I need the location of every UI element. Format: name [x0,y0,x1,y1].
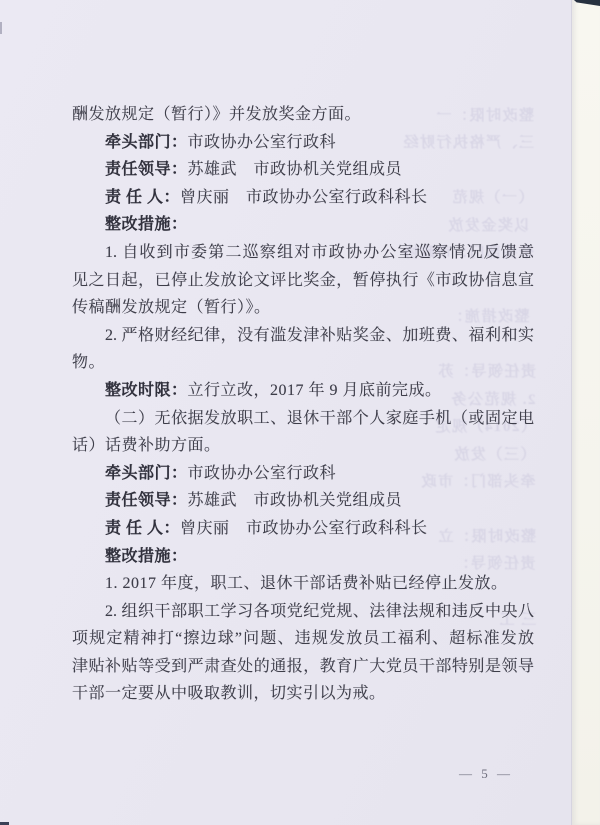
line-text: 津贴补贴等受到严肃查处的通报，教育广大党员干部特别是领导 [72,658,534,675]
line-text: 2. 组织干部职工学习各项党纪党规、法律法规和违反中央八 [105,603,534,620]
field-label: 牵头部门： [105,465,188,482]
field-label: 牵头部门： [105,134,188,151]
line-text: 曾庆丽 市政协办公室行政科科长 [180,189,428,206]
text-line: （二）无依据发放职工、退休干部个人家庭手机（或固定电 [72,405,534,433]
line-text: 干部一定要从中吸取教训，切实引以为戒。 [72,685,386,702]
text-line: 责任领导：苏雄武 市政协机关党组成员 [72,487,534,515]
text-line: 1. 2017 年度，职工、退休干部话费补贴已经停止发放。 [72,570,534,598]
text-line: 1. 自收到市委第二巡察组对市政协办公室巡察情况反馈意 [72,239,534,267]
line-text: 市政协办公室行政科 [188,465,337,482]
line-text: 苏雄武 市政协机关党组成员 [188,492,403,509]
field-label: 责 任 人： [105,189,180,206]
text-line: 责 任 人：曾庆丽 市政协办公室行政科科长 [72,515,534,543]
field-label: 责任领导： [105,161,188,178]
line-text: 2. 严格财经纪律，没有滥发津补贴奖金、加班费、福利和实 [105,327,534,344]
text-line: 传稿酬发放规定（暂行）》。 [72,294,534,322]
text-line: 干部一定要从中吸取教训，切实引以为戒。 [72,680,534,708]
text-line: 2. 严格财经纪律，没有滥发津补贴奖金、加班费、福利和实 [72,322,534,350]
text-line: 责 任 人：曾庆丽 市政协办公室行政科科长 [72,184,534,212]
field-label: 整改措施： [105,548,188,565]
field-label: 整改时限： [105,382,188,399]
line-text: 苏雄武 市政协机关党组成员 [188,161,403,178]
line-text: 1. 自收到市委第二巡察组对市政协办公室巡察情况反馈意 [105,244,534,261]
line-text: 曾庆丽 市政协办公室行政科科长 [180,520,428,537]
text-line: 物。 [72,349,534,377]
line-text: 话）话费补助方面。 [72,437,221,454]
field-label: 责任领导： [105,492,188,509]
text-line: 酬发放规定（暂行）》并发放奖金方面。 [72,101,534,129]
field-label: 整改措施： [105,216,188,233]
text-line: 整改措施： [72,543,534,571]
text-line: 牵头部门：市政协办公室行政科 [72,129,534,157]
line-text: 立行立改，2017 年 9 月底前完成。 [188,382,442,399]
page-number: — 5 — [459,766,513,782]
line-text: 传稿酬发放规定（暂行）》。 [72,299,271,316]
line-text: （二）无依据发放职工、退休干部个人家庭手机（或固定电 [105,410,534,427]
line-text: 见之日起，已停止发放论文评比奖金，暂停执行《市政协信息宣 [72,272,534,289]
document-body: 酬发放规定（暂行）》并发放奖金方面。 牵头部门：市政协办公室行政科 责任领导：苏… [72,101,534,708]
line-text: 酬发放规定（暂行）》并发放奖金方面。 [72,106,361,123]
text-line: 话）话费补助方面。 [72,432,534,460]
text-line: 整改时限：立行立改，2017 年 9 月底前完成。 [72,377,534,405]
text-line: 牵头部门：市政协办公室行政科 [72,460,534,488]
text-line: 见之日起，已停止发放论文评比奖金，暂停执行《市政协信息宣 [72,267,534,295]
line-text: 项规定精神打“擦边球”问题、违规发放员工福利、超标准发放 [72,630,534,647]
line-text: 市政协办公室行政科 [188,134,337,151]
line-text: 物。 [72,354,105,371]
field-label: 责 任 人： [105,520,180,537]
text-line: 2. 组织干部职工学习各项党纪党规、法律法规和违反中央八 [72,598,534,626]
scan-edge-mark [0,22,2,34]
text-line: 整改措施： [72,211,534,239]
text-line: 津贴补贴等受到严肃查处的通报，教育广大党员干部特别是领导 [72,653,534,681]
line-text: 1. 2017 年度，职工、退休干部话费补贴已经停止发放。 [105,575,508,592]
text-line: 项规定精神打“擦边球”问题、违规发放员工福利、超标准发放 [72,625,534,653]
scanned-document-page: 整改时限：一 三、严格执行财经 （一）规范 以奖金发放 牵头部门：市政协 整改措… [0,0,600,825]
scan-edge-strip [571,0,600,825]
text-line: 责任领导：苏雄武 市政协机关党组成员 [72,156,534,184]
